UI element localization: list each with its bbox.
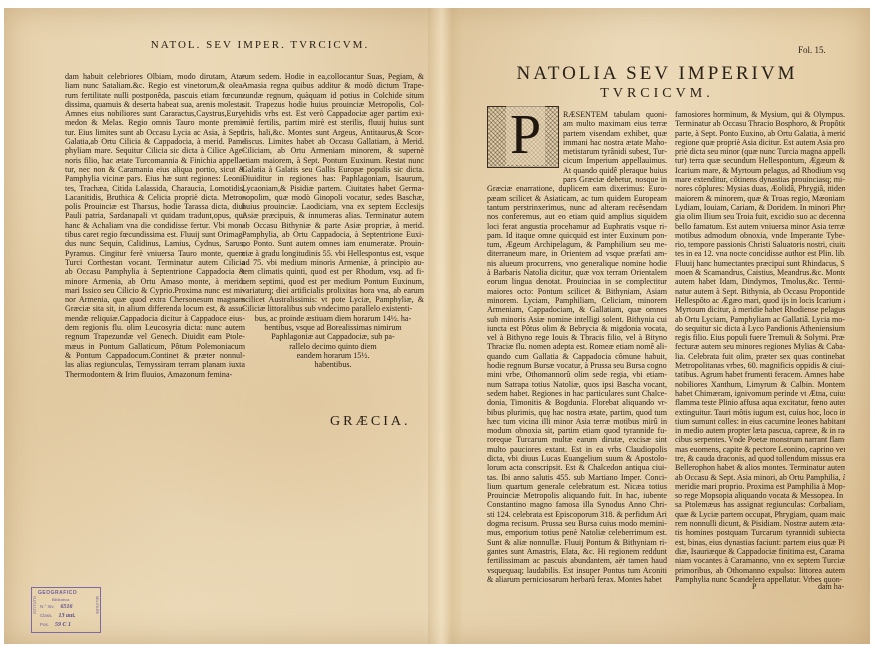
text-line: ad 75. vbi medium minoris Armeniæ, à pri… xyxy=(242,258,424,267)
text-line: Galatia à Galatis seu Gallis Europæ popu… xyxy=(242,165,424,174)
text-line: eorum lingua denotat. Prouinciaa in se c… xyxy=(487,277,667,286)
text-line: mari Issico seu Cilicio & Cyprio.Proxima… xyxy=(65,286,245,295)
stamp-row-inventory: N.° Inv.6516 xyxy=(40,604,72,610)
text-line: mendæ reliquiæ.Cappadocia dicitur à Capp… xyxy=(65,314,245,323)
text-line: Ciliciam, ab Ortu Armeniam minorem, & su… xyxy=(242,146,424,155)
stamp-header: GEOGRAFICO xyxy=(38,590,77,596)
text-line: diæ, Isauriæque & Cappadociæ finitima es… xyxy=(675,547,845,556)
text-line: nor Armenia, quæ quod extra Chersonesum … xyxy=(65,295,245,304)
text-line: Bellerophon habet & alios montes. Termin… xyxy=(675,463,845,472)
text-line: minore Armenia, ab Ortu Amaso monte, à m… xyxy=(65,277,245,286)
text-line: & aliarum perniciosarum herbarû ferax. M… xyxy=(487,575,667,584)
stamp-side-right: MILITARE xyxy=(95,596,100,614)
text-line: mini vrbe, Othomannorû olim sede regia, … xyxy=(487,370,667,379)
text-line: Ciliciæ littoralibus sub vndecimo parall… xyxy=(242,304,424,313)
text-line: Græciæ sita sit, in alium differenda loc… xyxy=(65,304,245,313)
text-line: Constantino magno famosa illa Synodus An… xyxy=(487,500,667,509)
stamp-subheader: Biblioteca xyxy=(52,597,69,602)
stamp-row-class: Class.13 aut. xyxy=(40,613,76,619)
text-line: sub minoris Asiæ nomine intelligi solent… xyxy=(487,315,667,324)
text-line: sedem habet. Regiones in hac particulare… xyxy=(487,389,667,398)
text-line: las alias regiunculas, Temyssiram terram… xyxy=(65,360,245,369)
text-line: Pauli patria, Sardanapali vt quidam trad… xyxy=(65,211,245,220)
page-title-line-2: TVRCICVM. xyxy=(512,86,802,102)
right-page-column-1: RÆSENTEM tabulam quoni-am multo maximam … xyxy=(487,110,667,584)
text-line: At quando quidê pleraque huius xyxy=(487,166,667,175)
text-line: dem regionis flu. olim Leucosyria dicta:… xyxy=(65,323,245,332)
text-line: iuncta est Pôtus olim & Bebrycia & migdo… xyxy=(487,324,667,333)
text-line: do sequitur sic dicta à Lyco Pandionis A… xyxy=(675,324,845,333)
text-line: extinguitur. Tauri môtis iugum est, cuiu… xyxy=(675,408,845,417)
text-line: mus, emporium totius penè Natoliæ celebe… xyxy=(487,528,667,537)
text-line: maiores octo: Pontum scilicet & Bithynia… xyxy=(487,287,667,296)
text-line: mæus in Pontum Gallaticum, Pôtum Polemon… xyxy=(65,342,245,351)
text-line: etiam maiorem, à Sept. Pontum Euxinum. R… xyxy=(242,156,424,165)
text-line: habet Chimæram, ignivomum perinde vt Ætn… xyxy=(675,389,845,398)
text-line: Prouinciæ Metropolis aliquando fuit. In … xyxy=(487,491,667,500)
text-line: habentibus. xyxy=(242,360,424,369)
text-line: est, binas, eius dynastias faciunt: part… xyxy=(675,538,845,547)
text-line: tum, Ægeum Archipelagum, & Pamphilium se… xyxy=(487,240,667,249)
text-line: bello famatum. Est autem vniuersa minor … xyxy=(675,222,845,231)
text-line: nos conferemus, aut eo etiam quid ampliu… xyxy=(487,212,667,221)
text-line: tatibus. Agrum habet frumenti feracem. A… xyxy=(675,370,845,379)
text-line: lorum acta conscripsit. Est & Chalcedon … xyxy=(487,463,667,472)
text-line: gia olim Ilium seu Troia fuit, excidio s… xyxy=(675,212,845,221)
stamp-row-position: Pos.59 C 1 xyxy=(40,622,71,628)
text-line: Turci Corthestan vocant. Terminatur aute… xyxy=(65,258,245,267)
text-line: sti 124. celebrata est Episcoporum 318. … xyxy=(487,510,667,519)
text-line: minorem. Lyciam, Pamphiliam, Celiciam, m… xyxy=(487,296,667,305)
text-line: rallelo decimo quinto diem xyxy=(242,342,424,351)
text-line: fecturæ autem seu minores regiones Mylia… xyxy=(675,342,845,351)
text-line: rum sedem. Hodie in ea,collocantur Suas,… xyxy=(242,72,424,81)
text-line: Fluuij hanc humectantes præcipui sunt Rh… xyxy=(675,259,845,268)
text-line: phyliam mare. Sequitur Cilicia sic dicta… xyxy=(65,146,245,155)
text-line: Asiæ præcipuis, & innumeras alias. Termi… xyxy=(242,211,424,220)
text-line: hodie regnum Bursæ vocatur, à Prussa seu… xyxy=(487,361,667,370)
text-line: ab Ortu Lyciam, Pamphyliam ac Gallatiâ. … xyxy=(675,315,845,324)
text-line: pæam scilicet & Asiaticam, ac tum quidem… xyxy=(487,194,667,203)
text-line: regione quæ propriè Asia dicitur. Est au… xyxy=(675,138,845,147)
text-line: hæc tum vicina illi minor Asia terræ mot… xyxy=(487,417,667,426)
text-line: Lacanitidis, Bruthica & Celicia propriè … xyxy=(65,193,245,202)
text-line: miè fertilis, partim mirè est sterilis, … xyxy=(242,118,424,127)
text-line: fertilissimam ac pascuis abundantem, aër… xyxy=(487,556,667,565)
text-line: nopolim, quæ modò Ginopoli vocatur, sede… xyxy=(242,193,424,202)
text-line: dissima, quamuis & deserta habeat sua, a… xyxy=(65,100,245,109)
text-line: à Barbaris Natolia dicitur, quæ vox terr… xyxy=(487,268,667,277)
text-line: liam nunc Sataliam.&c. Regio est vinetor… xyxy=(65,81,245,90)
text-line: primoribus, ab Othomanno expulso: littor… xyxy=(675,566,845,575)
text-line: ab Occasu Bithyniæ & parte Asiæ propriæ,… xyxy=(242,221,424,230)
text-line: pars Græciæ debetur, nosque in xyxy=(487,175,667,184)
text-line: Terminatur ab Occasu Thracio Bosphoro, &… xyxy=(675,119,845,128)
signature-mark: P xyxy=(752,582,756,591)
text-line: tium sumunt colles: in eius cacumine leo… xyxy=(675,417,845,426)
text-line: Thermodontem & Irim fluuios, Amazonum fe… xyxy=(65,370,245,379)
text-line: no Ponto. Sunt autem omnes iam enumeratæ… xyxy=(242,239,424,248)
text-line: tre, & cauda draconis, ad quod tollendum… xyxy=(675,454,845,463)
text-line: Diuiditur in regiones has: Paphlagoniam,… xyxy=(242,174,424,183)
text-line: rio, tempore passionis Christi Saluatori… xyxy=(675,240,845,249)
text-line: natur autem à Sept. Bithynia, ab Occasu … xyxy=(675,287,845,296)
text-line: motibus admodum obnoxia, vnde Imperante … xyxy=(675,231,845,240)
text-line: dicta, vbi diuus Lucas Euangelium suum &… xyxy=(487,454,667,463)
text-line: polis Prouinciæ est Tharsus, hodie Taras… xyxy=(65,202,245,211)
text-line: Metropolitanas vrbes, 60. magnificis opp… xyxy=(675,361,845,370)
text-line: parte, à Sept. Ponto Euxino, ab Ortu Gal… xyxy=(675,129,845,138)
text-line: tur) terra quæ secundum Hellespontum, Æg… xyxy=(675,156,845,165)
library-stamp: ISTITUTO GEOGRAFICO Biblioteca N.° Inv.6… xyxy=(31,587,101,633)
text-line: tas. Ibi anno salutis 455. sub Martiano … xyxy=(487,473,667,482)
text-line: tibus caret regio fœcundissima est. Fluu… xyxy=(65,230,245,239)
text-line: bibus plurimis, quę hac nostra ætate, pa… xyxy=(487,408,667,417)
text-line: modum obnoxia sit, partim etiam quod tyr… xyxy=(487,426,667,435)
section-title-graecia: GRÆCIA. xyxy=(330,414,411,430)
text-line: dus nunc Sequin, Calidinus, Lamius, Cydn… xyxy=(65,239,245,248)
text-line: quæ & Lyciæ partem occupat, Phrygiam, qu… xyxy=(675,510,845,519)
text-line: roreque Turcarum multæ earum dirutæ, exc… xyxy=(487,435,667,444)
text-line: noris filio, hac ætate Turcomannia & Fin… xyxy=(65,156,245,165)
text-line: am multo maximam eius terræ xyxy=(487,119,667,128)
text-line: bentibus, vsque ad Borealissimas nimirum xyxy=(242,323,424,332)
text-line: dogma recisum. Prussa seu Bursa cuius mo… xyxy=(487,519,667,528)
text-line: tur. Eius limites sunt ab Occasu Lycia a… xyxy=(65,128,245,137)
text-line: nis alueum procurrens, vno generalique n… xyxy=(487,259,667,268)
left-page-column-2-tail: bus, ac proinde æstiuam diem horarum 14½… xyxy=(242,314,424,370)
text-line: tem climatis quinti, quod est per Rhodum… xyxy=(242,267,424,276)
text-line: loci ferat angustia procehamur ad Euphra… xyxy=(487,222,667,231)
text-line: tes in ea 12. vna nocte concidisse autho… xyxy=(675,249,845,258)
text-line: Armeniam, Cappadociam, & Gallatiam, quæ … xyxy=(487,305,667,314)
catchword: dam ha- xyxy=(818,582,844,591)
text-line: zundæ regnum, quàquam id potius in Colch… xyxy=(242,91,424,100)
text-line: ciæ à gradu longitudinis 55. vbi Hellesp… xyxy=(242,249,424,258)
text-line: ab Occasu & Sept. Asia minori, ab Ortu P… xyxy=(675,473,845,482)
text-line: nobiliores Xanthum, Limyrum & Calbin. Mo… xyxy=(675,380,845,389)
text-line: tes, Trachæa, Citida Lalassida, Charauci… xyxy=(65,184,245,193)
text-line: & Pontum Cappadocum.Continet & præter no… xyxy=(65,351,245,360)
text-line: Hellespôto ac Ægæo mari, quod ijs in loc… xyxy=(675,296,845,305)
text-line: chidis vrbs est. Est verò Cappadociæ age… xyxy=(242,109,424,118)
text-line: cicum Imperium appellauimus. xyxy=(487,156,667,165)
text-line: vel à Bithyno rege Iouis & Thracis filio… xyxy=(487,333,667,342)
text-line: in medio autem propter læta pascua, capr… xyxy=(675,426,845,435)
center-fold xyxy=(428,8,462,644)
text-line: meridie mari proprio. Proxima est Pamphi… xyxy=(675,482,845,491)
text-line: diterraneum mare, in Orientem ad vsque p… xyxy=(487,249,667,258)
text-line: bus, ac proinde æstiuam diem horarum 14½… xyxy=(242,314,424,323)
text-line: Lydiam, Iouiam, Cariam, & Doridem. In mi… xyxy=(675,203,845,212)
text-line: metistarum tyrânidi subest, Tur- xyxy=(487,147,667,156)
text-line: Pamphylia vicinæ pars. Eius hæ sunt regi… xyxy=(65,174,245,183)
text-line: Paphlagoniæ aut Cappadociæ, sub pa- xyxy=(242,332,424,341)
text-line: tur, nec non & Caramania eius aliqua por… xyxy=(65,165,245,174)
text-line: Icarium mare, & Myrtoum pelagus, ad Rhod… xyxy=(675,166,845,175)
text-line: gantes sunt Amastris, Elata, &c. Hi regi… xyxy=(487,547,667,556)
text-line: nem septimi, quod est per medium Pontum … xyxy=(242,277,424,286)
text-line: partem visendam exhibet, quæ xyxy=(487,129,667,138)
text-line: medon & Melas. Regio omnis Tauro monte p… xyxy=(65,118,245,127)
text-line: nores côplures: Mysias duas, Æolidâ, Phr… xyxy=(675,184,845,193)
stamp-side-left: ISTITUTO xyxy=(32,596,37,614)
text-line: Amasia regna quibus additur & modò dictu… xyxy=(242,81,424,90)
text-line: mas euomens, capite & pectore Leonino, c… xyxy=(675,445,845,454)
text-line: lia. Celebrata fuit olim, præter sex qua… xyxy=(675,352,845,361)
text-line: Pyramus. Cingitur ferè vniuersa Tauro mo… xyxy=(65,249,245,258)
text-line: RÆSENTEM tabulam quoni- xyxy=(487,110,667,119)
text-line: Thraciæ flu. nomen adepta est. Romeæ eti… xyxy=(487,342,667,351)
folio-number: Fol. 15. xyxy=(798,45,826,55)
left-page-column-1: dam habuit celebriores Olbiam, modo diru… xyxy=(65,72,245,379)
text-line: vsquequaq; laudabilis. Est insuper Pontu… xyxy=(487,566,667,575)
text-line: famosiores horminum, & Mysium, qui & Oly… xyxy=(675,110,845,119)
text-line: tantum perstrinxerimus, nunc ad alteram … xyxy=(487,203,667,212)
text-line: quando cum Gallatia & Cappadocia cômune … xyxy=(487,352,667,361)
text-line: Myrtoum dicitur, à meridie habet Rhodien… xyxy=(675,305,845,314)
text-line: Lycaoniam,& Pisidiæ partem. Ciuitates ha… xyxy=(242,184,424,193)
text-line: sit. Trapezus hodie huius prouinciæ Metr… xyxy=(242,100,424,109)
text-line: moen & Scamandrus, Caistius, Meandrus.&c… xyxy=(675,268,845,277)
text-line: regis filio. Eius populi fuere Tremuli &… xyxy=(675,333,845,342)
text-line: Amnes eius nobiliores sunt Cararactus,Ca… xyxy=(65,109,245,118)
text-line: multo pauciores extant. Est in ea vrbs C… xyxy=(487,445,667,454)
text-line: Græciæ enarratione, duplicem eam dixerim… xyxy=(487,184,667,193)
text-line: donia, Timonitis & Bogdunia. Florebat al… xyxy=(487,398,667,407)
text-line: immani hac nostra ætate Maho- xyxy=(487,138,667,147)
text-line: maiorem & minorem, quæ & Troas regio, Mæ… xyxy=(675,194,845,203)
text-line: num Satrapa totius Natoliæ, quos ipsi Ba… xyxy=(487,380,667,389)
page-title-line-1: NATOLIA SEV IMPERIVM xyxy=(512,63,802,85)
text-line: Iris, hali,&c. Montes sunt Argeus, Antit… xyxy=(242,128,424,137)
text-line: scilicet Australissimis: vt pote Lyciæ, … xyxy=(242,295,424,304)
text-line: mare extenditur, côtinens dynastias prou… xyxy=(675,175,845,184)
text-line: variaturq; diei artificialis prolixitas … xyxy=(242,286,424,295)
text-line: cibus serpentes. Vnde Poetæ monstrum nar… xyxy=(675,435,845,444)
text-line: flamma teste Plinio affusa aqua excitatu… xyxy=(675,398,845,407)
left-page-column-2: rum sedem. Hodie in ea,collocantur Suas,… xyxy=(242,72,424,314)
left-running-head: NATOL. SEV IMPER. TVRCICVM. xyxy=(140,39,380,51)
text-line: hanc & Achaliam vna die condidisse fertu… xyxy=(65,221,245,230)
text-line: Galatia,ab Ortu Cilicia & Cappadocia, à … xyxy=(65,137,245,146)
text-line: niam vocantes à Caramanno, vno ex septem… xyxy=(675,556,845,565)
text-line: rem nonnulli dicunt, & Pisidiam. Nostræ … xyxy=(675,519,845,528)
text-line: ab Occasu Pamphylia à Septentrione Cappa… xyxy=(65,267,245,276)
text-line: pam. Id itaque omne quicquid est inter E… xyxy=(487,231,667,240)
text-line: so rege Mopsopia aliquando vocata & Mess… xyxy=(675,491,845,500)
text-line: eandem horarum 15½. xyxy=(242,351,424,360)
text-line: dam habuit celebriores Olbiam, modo diru… xyxy=(65,72,245,81)
text-line: sa Ptolemæus has assignat regiunculas: C… xyxy=(675,500,845,509)
text-line: tis homines postquam Turcarum tyrannidi … xyxy=(675,528,845,537)
text-line: priè dicta seu minor (quæ nunc Turcia ma… xyxy=(675,147,845,156)
text-line: huius prouinciæ. Laodiciam, vna ex septe… xyxy=(242,202,424,211)
text-line: discus. Limites habet ab Occasu Gallatia… xyxy=(242,137,424,146)
right-page-column-2: famosiores horminum, & Mysium, qui & Oly… xyxy=(675,110,845,584)
text-line: Pamphylia, ab Ortu Cappadocia, à Septent… xyxy=(242,230,424,239)
text-line: regnum Trapezundæ vel Genech. Diuidit ea… xyxy=(65,332,245,341)
text-line: Sunt & aliæ nonnullæ. Fluuij Pontum & Bi… xyxy=(487,538,667,547)
text-line: lium quartum generale celebratum est. Ni… xyxy=(487,482,667,491)
text-line: autem habet Idam, Dindymos, Tmolus,&c. T… xyxy=(675,277,845,286)
text-line: rum fertilitate nulli postponêda, pascui… xyxy=(65,91,245,100)
